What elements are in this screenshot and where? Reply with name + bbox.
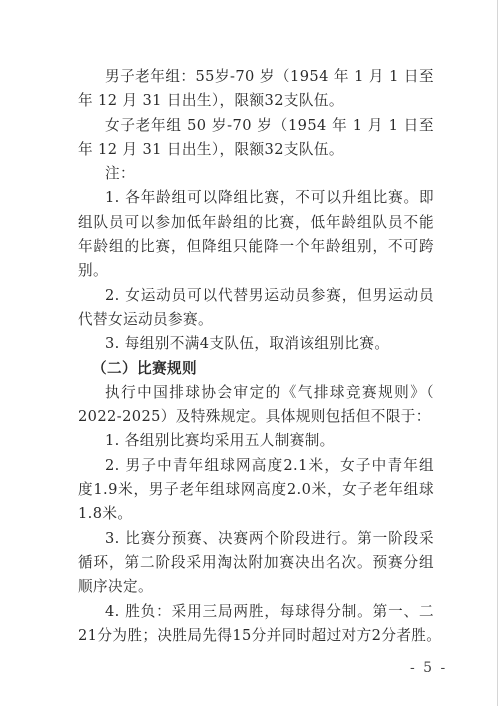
text-line: 21分为胜；决胜局先得15分并同时超过对方2分者胜。 (78, 624, 434, 648)
text-line: 女子老年组 50 岁-70 岁（1954 年 1 月 1 日至 1974 (78, 114, 434, 138)
text-line: 顺序决定。 (78, 575, 434, 599)
text-line: 组队员可以参加低年龄组的比赛，低年龄组队员不能参加高 (78, 211, 434, 235)
text-line: 2022-2025）及特殊规定。具体规则包括但不限于： (78, 405, 434, 429)
text-line: 年 12 月 31 日出生），限额32支队伍。 (78, 138, 434, 162)
text-line: 年龄组的比赛，但降组只能降一个年龄组别，不可跨年龄组 (78, 235, 434, 259)
text-line: 3. 每组别不满4支队伍，取消该组别比赛。 (78, 332, 434, 356)
page-number: - 5 - (410, 660, 447, 676)
text-line: 2. 男子中青年组球网高度2.1米，女子中青年组球网高 (78, 454, 434, 478)
text-line: 别。 (78, 259, 434, 283)
text-line: 循环，第二阶段采用淘汰附加赛决出名次。预赛分组按抽签 (78, 551, 434, 575)
text-line: 代替女运动员参赛。 (78, 308, 434, 332)
text-line: 3. 比赛分预赛、决赛两个阶段进行。第一阶段采用分组 (78, 527, 434, 551)
text-line: 4. 胜负：采用三局两胜，每球得分制。第一、二局先得 (78, 600, 434, 624)
note-label: 注： (78, 162, 434, 186)
section-heading: （二）比赛规则 (78, 357, 434, 381)
text-line: 1. 各组别比赛均采用五人制赛制。 (78, 429, 434, 453)
text-line: 度1.9米，男子老年组球网高度2.0米，女子老年组球网高度 (78, 478, 434, 502)
text-line: 执行中国排球协会审定的《气排球竞赛规则》（ (78, 381, 434, 405)
text-line: 年 12 月 31 日出生），限额32支队伍。 (78, 89, 434, 113)
text-line: 1. 各年龄组可以降组比赛，不可以升组比赛。即高年龄 (78, 186, 434, 210)
document-body: 男子老年组：55岁-70 岁（1954 年 1 月 1 日至 1969 年 12… (78, 65, 434, 648)
text-line: 男子老年组：55岁-70 岁（1954 年 1 月 1 日至 1969 (78, 65, 434, 89)
text-line: 2. 女运动员可以代替男运动员参赛，但男运动员不可以 (78, 284, 434, 308)
page-edge-divider (497, 0, 498, 706)
text-line: 1.8米。 (78, 502, 434, 526)
